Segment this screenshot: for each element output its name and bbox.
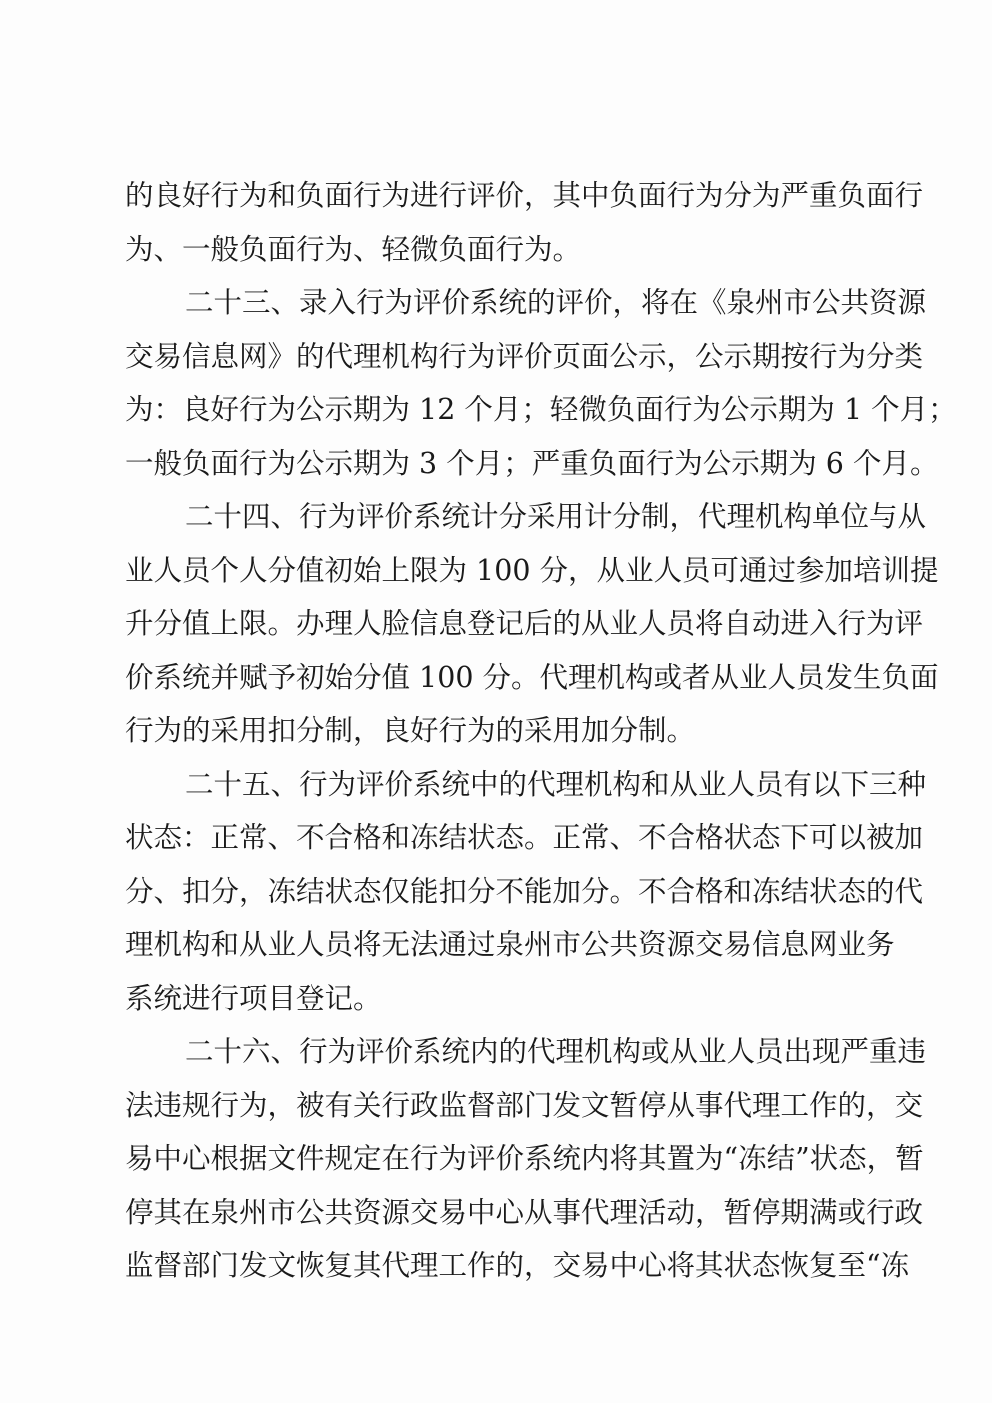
text-line: 的良好行为和负面行为进行评价，其中负面行为分为严重负面行	[125, 176, 870, 216]
text-line: 价系统并赋予初始分值 100 分。代理机构或者从业人员发生负面	[125, 658, 870, 698]
article-24-heading-line: 二十四、行为评价系统计分采用计分制，代理机构单位与从	[185, 497, 870, 537]
article-25-heading-line: 二十五、行为评价系统中的代理机构和从业人员有以下三种	[185, 765, 870, 805]
text-line: 业人员个人分值初始上限为 100 分，从业人员可通过参加培训提	[125, 551, 870, 591]
text-line: 交易信息网》的代理机构行为评价页面公示，公示期按行为分类	[125, 337, 870, 377]
text-line: 易中心根据文件规定在行为评价系统内将其置为“冻结”状态，暂	[125, 1139, 870, 1179]
text-line: 停其在泉州市公共资源交易中心从事代理活动，暂停期满或行政	[125, 1193, 870, 1233]
text-line: 为、一般负面行为、轻微负面行为。	[125, 230, 870, 270]
text-line: 状态：正常、不合格和冻结状态。正常、不合格状态下可以被加	[125, 818, 870, 858]
text-line: 系统进行项目登记。	[125, 979, 870, 1019]
text-line: 法违规行为，被有关行政监督部门发文暂停从事代理工作的，交	[125, 1086, 870, 1126]
text-line: 为：良好行为公示期为 12 个月；轻微负面行为公示期为 1 个月；	[125, 390, 870, 430]
text-line: 分、扣分，冻结状态仅能扣分不能加分。不合格和冻结状态的代	[125, 872, 870, 912]
text-line: 升分值上限。办理人脸信息登记后的从业人员将自动进入行为评	[125, 604, 870, 644]
text-line: 理机构和从业人员将无法通过泉州市公共资源交易信息网业务	[125, 925, 870, 965]
text-line: 一般负面行为公示期为 3 个月；严重负面行为公示期为 6 个月。	[125, 444, 870, 484]
article-26-heading-line: 二十六、行为评价系统内的代理机构或从业人员出现严重违	[185, 1032, 870, 1072]
article-23-heading-line: 二十三、录入行为评价系统的评价，将在《泉州市公共资源	[185, 283, 870, 323]
document-page: 的良好行为和负面行为进行评价，其中负面行为分为严重负面行 为、一般负面行为、轻微…	[0, 0, 992, 1403]
text-line: 监督部门发文恢复其代理工作的，交易中心将其状态恢复至“冻	[125, 1246, 870, 1286]
text-line: 行为的采用扣分制，良好行为的采用加分制。	[125, 711, 870, 751]
